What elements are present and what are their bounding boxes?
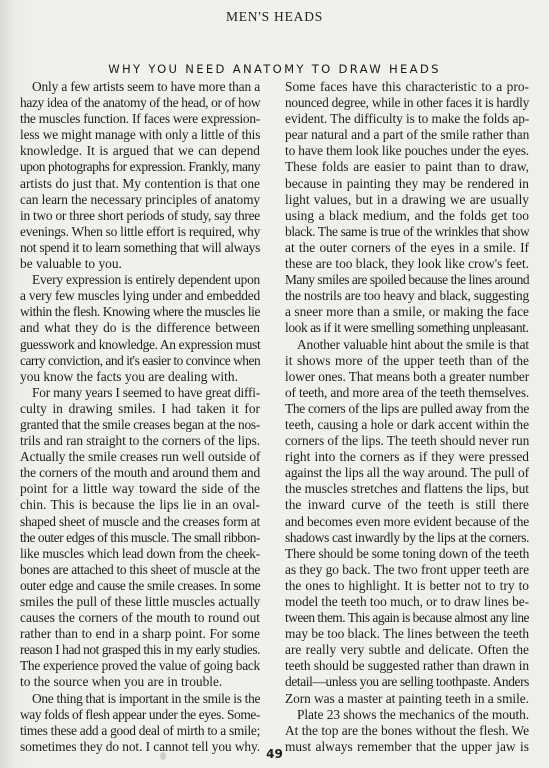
text-line: bones are attached to this sheet of musc… [20,562,260,578]
text-line: light values, but in a drawing we are us… [285,192,529,208]
text-line: the muscles stretches and flattens the l… [285,481,529,497]
text-line: shaped sheet of muscle and the creases f… [20,514,260,530]
text-line: within the flesh. Knowing where the musc… [20,304,260,320]
text-line: times these add a good deal of mirth to … [20,723,260,739]
text-line: the corners of the mouth and around them… [20,465,260,481]
text-line: Many smiles are spoiled because the line… [285,272,529,288]
text-line: may be too black. The lines between the … [285,626,529,642]
text-line: smiles the pull of these little muscles … [20,594,260,610]
text-line: Some faces have this characteristic to a… [285,79,529,95]
text-line: teeth should be suggested rather than dr… [285,658,529,674]
text-line: The corners of the lips are pulled away … [285,401,529,417]
text-line: upon photographs for expression. Frankly… [20,159,260,175]
text-line: are really very subtle and delicate. Oft… [285,642,529,658]
page-number: 49 [0,747,549,761]
text-line: look as if it were smelling something un… [285,320,529,336]
text-line: detail—unless you are selling toothpaste… [285,674,529,690]
text-line: lower ones. That means both a greater nu… [285,369,529,385]
right-text-column: Some faces have this characteristic to a… [285,79,529,755]
text-line: evenings. When so little effort is requi… [20,224,260,240]
chapter-title: WHY YOU NEED ANATOMY TO DRAW HEADS [0,62,549,76]
text-line: hazy idea of the anatomy of the head, or… [20,95,260,111]
text-line: teeth, causing a hole or dark accent wit… [285,417,529,433]
text-line: to have them look like pouches under the… [285,143,529,159]
text-line: At the top are the bones without the fle… [285,723,529,739]
running-head: MEN'S HEADS [0,9,549,25]
text-line: The experience proved the value of going… [20,658,260,674]
text-line: evident. The difficulty is to make the f… [285,111,529,127]
text-line: like muscles which lead down from the ch… [20,546,260,562]
text-line: corners of the lips. The teeth should ne… [285,433,529,449]
text-line: the ones to highlight. It is better not … [285,578,529,594]
text-line: Every expression is entirely dependent u… [20,272,260,288]
text-line: outer edge and cause the smile creases. … [20,578,260,594]
text-line: because in painting they may be rendered… [285,176,529,192]
text-line: pear natural and a part of the smile rat… [285,127,529,143]
text-line: Another valuable hint about the smile is… [285,337,529,353]
text-line: Plate 23 shows the mechanics of the mout… [285,707,529,723]
text-line: the inward curve of the teeth is still t… [285,497,529,513]
text-line: Actually the smile creases run well outs… [20,449,260,465]
text-line: rather than to end in a sharp point. For… [20,626,260,642]
text-line: at the outer corners of the eyes in a sm… [285,240,529,256]
text-line: against the lips all the way around. The… [285,465,529,481]
text-line: and becomes even more evident because of… [285,514,529,530]
text-line: the outer edges of this muscle. The smal… [20,530,260,546]
text-line: model the teeth too much, or to draw lin… [285,594,529,610]
text-line: artists do just that. My contention is t… [20,176,260,192]
text-line: the muscles function. If faces were expr… [20,111,260,127]
text-line: as they go back. The two front upper tee… [285,562,529,578]
text-line: These folds are easier to paint than to … [285,159,529,175]
text-line: to the source when you are in trouble. [20,674,260,690]
text-line: culty in drawing smiles. I had taken it … [20,401,260,417]
text-line: chin. This is because the lips lie in an… [20,497,260,513]
text-line: right into the corners as if they were p… [285,449,529,465]
text-line: trils and ran straight to the corners of… [20,433,260,449]
text-line: There should be some toning down of the … [285,546,529,562]
text-line: in two or three short periods of study, … [20,208,260,224]
text-line: guesswork and knowledge. An expression m… [20,337,260,353]
text-line: less we might manage with only a little … [20,127,260,143]
text-line: these are too black, they look like crow… [285,256,529,272]
text-line: be valuable to you. [20,256,260,272]
book-page: MEN'S HEADS WHY YOU NEED ANATOMY TO DRAW… [0,0,549,768]
text-line: One thing that is important in the smile… [20,691,260,707]
text-line: black. The same is true of the wrinkles … [285,224,529,240]
text-line: granted that the smile creases began at … [20,417,260,433]
text-line: and what they do is the difference betwe… [20,320,260,336]
text-line: point for a little way toward the side o… [20,481,260,497]
text-line: reason I had not grasped this in my earl… [20,642,260,658]
text-line: Zorn was a master at painting teeth in a… [285,691,529,707]
text-line: causes the corners of the mouth to round… [20,610,260,626]
text-line: nounced degree, while in other faces it … [285,95,529,111]
text-line: For many years I seemed to have great di… [20,385,260,401]
text-line: shadows cast inwardly by the lips at the… [285,530,529,546]
text-line: using a black medium, and the folds get … [285,208,529,224]
left-text-column: Only a few artists seem to have more tha… [20,79,260,755]
text-line: it shows more of the upper teeth than of… [285,353,529,369]
text-line: way folds of flesh appear under the eyes… [20,707,260,723]
text-line: tween them. This again is because almost… [285,610,529,626]
text-line: not spend it to learn something that wil… [20,240,260,256]
text-line: knowledge. It is argued that we can depe… [20,143,260,159]
text-line: a very few muscles lying under and embed… [20,288,260,304]
text-line: the nostrils are too heavy and black, su… [285,288,529,304]
text-line: of teeth, and more area of the teeth the… [285,385,529,401]
text-line: Only a few artists seem to have more tha… [20,79,260,95]
text-line: you know the facts you are dealing with. [20,369,260,385]
text-line: carry conviction, and it's easier to con… [20,353,260,369]
text-line: can learn the necessary principles of an… [20,192,260,208]
text-line: a sneer more than a smile, or making the… [285,304,529,320]
